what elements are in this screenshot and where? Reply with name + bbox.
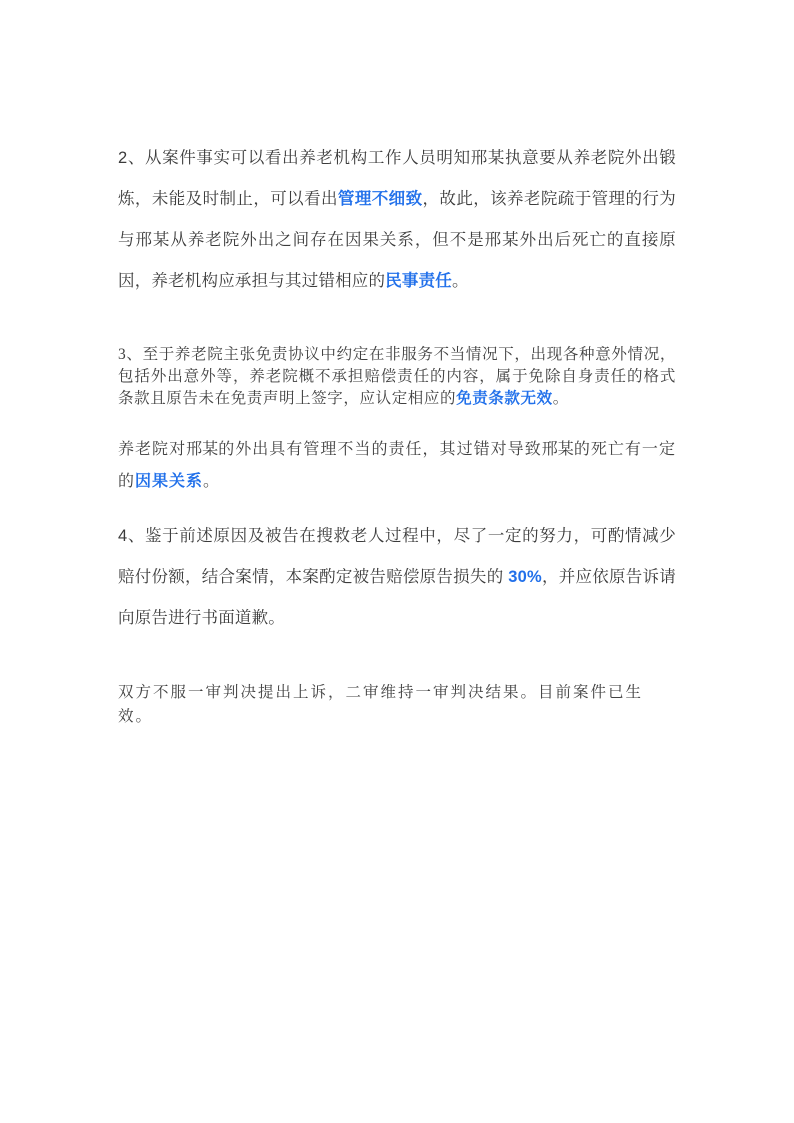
paragraph-point-3: 3、至于养老院主张免责协议中约定在非服务不当情况下，出现各种意外情况，包括外出意…: [118, 344, 676, 410]
text-run: 养老院对: [118, 441, 186, 458]
text-run: 的外出具有管理不当的责任，其过错对导致: [218, 441, 542, 458]
article-body: 2、从案件事实可以看出养老机构工作人员明知邢某执意要从养老院外出锻炼，未能及时制…: [0, 0, 794, 729]
text-run: 邢某: [542, 441, 574, 458]
highlighted-term: 因果关系: [135, 473, 203, 490]
text-run: 双方不服一审判决提出上诉，二审维持一审判决结果。目前案件已生效。: [118, 684, 643, 725]
document-page: 2、从案件事实可以看出养老机构工作人员明知邢某执意要从养老院外出锻炼，未能及时制…: [0, 0, 794, 1123]
text-run: 。: [203, 473, 220, 490]
text-run: 3、至于养老院主张免责协议中约定在非服务不当情况下，出现各种意外情况，包括外出意…: [118, 346, 676, 407]
text-run: 。: [452, 272, 469, 290]
highlighted-term: 30%: [508, 568, 542, 586]
highlighted-term: 管理不细致: [338, 190, 423, 208]
highlighted-term: 民事责任: [385, 272, 452, 290]
text-run: 邢某: [186, 441, 218, 458]
highlighted-term: 免责条款无效: [456, 390, 553, 407]
paragraph-point-2: 2、从案件事实可以看出养老机构工作人员明知邢某执意要从养老院外出锻炼，未能及时制…: [118, 138, 676, 302]
text-run: 。: [553, 390, 569, 407]
paragraph-liability: 养老院对邢某的外出具有管理不当的责任，其过错对导致邢某的死亡有一定的因果关系。: [118, 434, 676, 498]
paragraph-point-4: 4、鉴于前述原因及被告在搜救老人过程中，尽了一定的努力，可酌情减少赔付份额，结合…: [118, 516, 676, 639]
paragraph-outcome: 双方不服一审判决提出上诉，二审维持一审判决结果。目前案件已生效。: [118, 681, 676, 729]
